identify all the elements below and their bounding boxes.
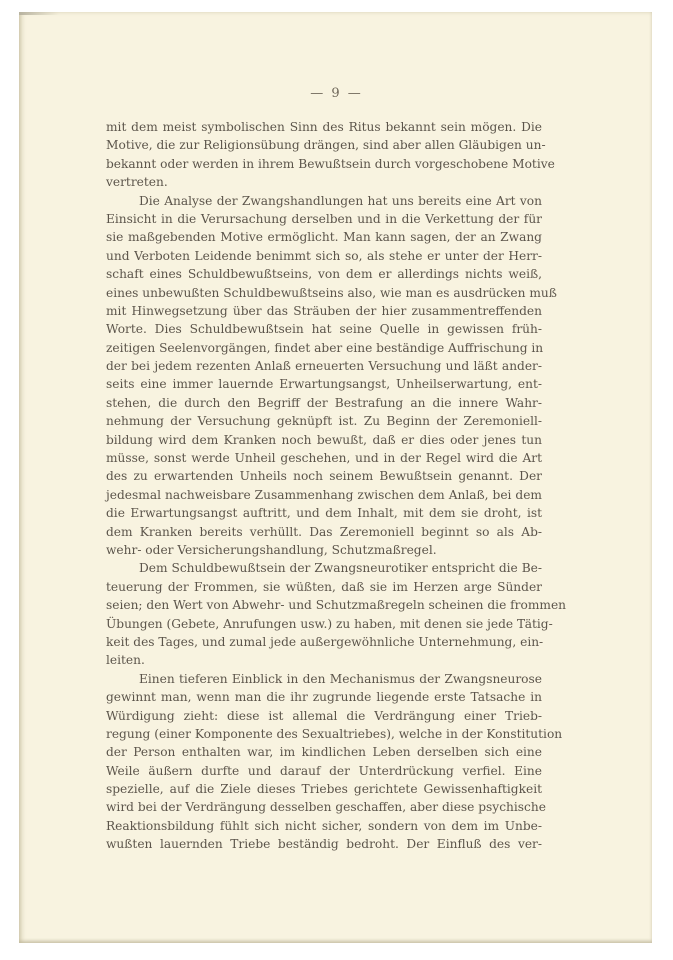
text-line: und Verboten Leidende benimmt sich so, a… [106,247,542,265]
text-line: der Person enthalten war, im kindlichen … [106,743,542,761]
paragraph-first-line: Einen tieferen Einblick in den Mechanism… [106,670,542,688]
text-line: seien; den Wert von Abwehr- und Schutzma… [106,596,542,614]
text-line: zeitigen Seelenvorgängen, findet aber ei… [106,339,542,357]
text-line: wußten lauernden Triebe beständig bedroh… [106,835,542,853]
text-line: nehmung der Versuchung geknüpft ist. Zu … [106,412,542,430]
text-line: vertreten. [106,173,542,191]
text-line: leiten. [106,651,542,669]
text-line: Würdigung zieht: diese ist allemal die V… [106,707,542,725]
page-edge-shadow [19,12,59,15]
text-line: Weile äußern durfte und darauf der Unter… [106,762,542,780]
text-line: mit Hinwegsetzung über das Sträuben der … [106,302,542,320]
text-line: Worte. Dies Schuldbewußtsein hat seine Q… [106,320,542,338]
text-line: Motive, die zur Religionsübung drängen, … [106,136,542,154]
text-line: seits eine immer lauernde Erwartungsangs… [106,375,542,393]
text-line: des zu erwartenden Unheils noch seinem B… [106,467,542,485]
body-text: mit dem meist symbolischen Sinn des Ritu… [106,118,542,854]
text-line: keit des Tages, und zumal jede außergewö… [106,633,542,651]
text-line: sie maßgebenden Motive ermöglicht. Man k… [106,228,542,246]
paragraph-first-line: Die Analyse der Zwangshandlungen hat uns… [106,192,542,210]
text-line: stehen, die durch den Begriff der Bestra… [106,394,542,412]
text-line: jedesmal nachweisbare Zusammenhang zwisc… [106,486,542,504]
text-line: teuerung der Frommen, sie wüßten, daß si… [106,578,542,596]
text-line: bildung wird dem Kranken noch bewußt, da… [106,431,542,449]
text-line: schaft eines Schuldbewußtseins, von dem … [106,265,542,283]
text-line: wird bei der Verdrängung desselben gesch… [106,798,542,816]
text-line: regung (einer Komponente des Sexualtrieb… [106,725,542,743]
text-line: spezielle, auf die Ziele dieses Triebes … [106,780,542,798]
text-line: dem Kranken bereits verhüllt. Das Zeremo… [106,523,542,541]
text-line: die Erwartungsangst auftritt, und dem In… [106,504,542,522]
paragraph-first-line: Dem Schuldbewußtsein der Zwangsneurotike… [106,559,542,577]
text-line: bekannt oder werden in ihrem Bewußtsein … [106,155,542,173]
text-line: Reaktionsbildung fühlt sich nicht sicher… [106,817,542,835]
text-line: mit dem meist symbolischen Sinn des Ritu… [106,118,542,136]
text-line: der bei jedem rezenten Anlaß erneuerten … [106,357,542,375]
text-line: wehr- oder Versicherungshandlung, Schutz… [106,541,542,559]
text-line: gewinnt man, wenn man die ihr zugrunde l… [106,688,542,706]
text-line: Übungen (Gebete, Anrufungen usw.) zu hab… [106,615,542,633]
text-line: Einsicht in die Verursachung derselben u… [106,210,542,228]
text-line: müsse, sonst werde Unheil geschehen, und… [106,449,542,467]
page-number: — 9 — [0,86,673,101]
text-line: eines unbewußten Schuldbewußtseins also,… [106,284,542,302]
